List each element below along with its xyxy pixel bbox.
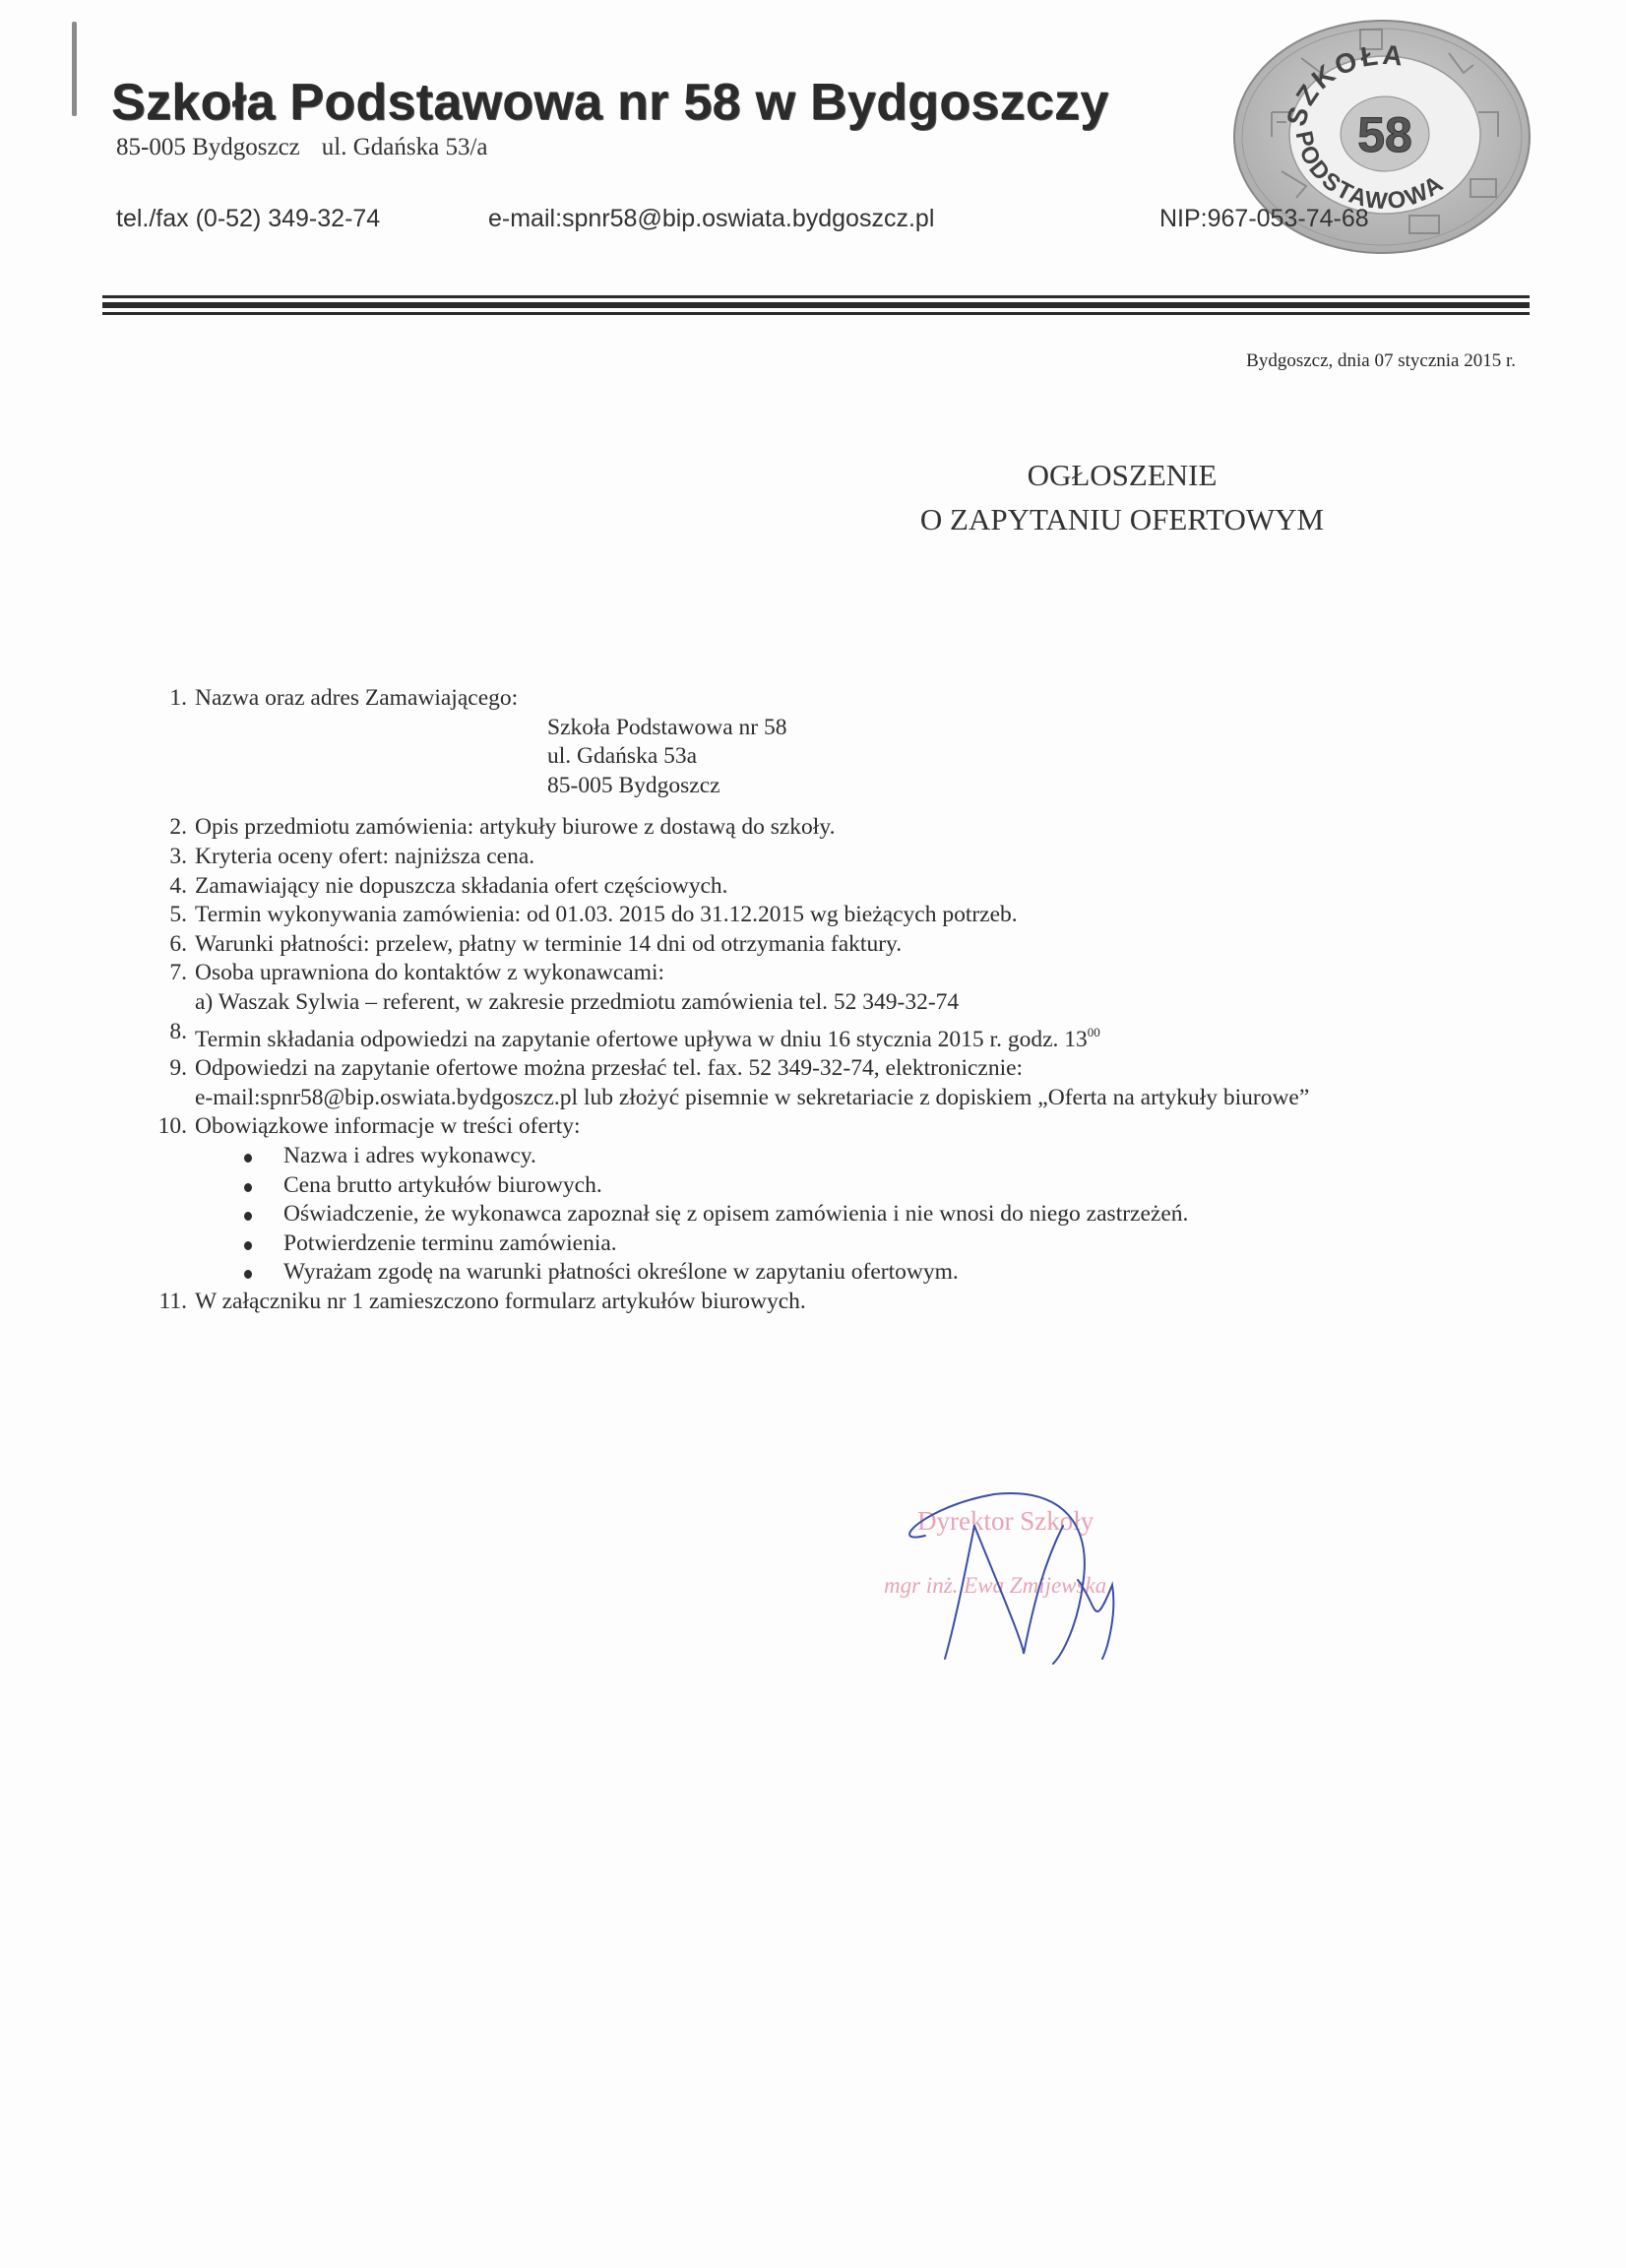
nip-number: NIP:967-053-74-68 <box>1159 205 1369 233</box>
bullet-text: Nazwa i adres wykonawcy. <box>283 1142 1575 1171</box>
list-item: 6. Warunki płatności: przelew, płatny w … <box>157 930 1575 960</box>
date-line: Bydgoszcz, dnia 07 stycznia 2015 r. <box>1246 350 1516 372</box>
header-rule-thick <box>102 302 1530 308</box>
bullet-icon <box>244 1270 252 1279</box>
tel-fax: tel./fax (0-52) 349-32-74 <box>116 205 380 233</box>
list-item: 9. Odpowiedzi na zapytanie ofertowe możn… <box>157 1054 1575 1084</box>
address-line: ul. Gdańska 53a <box>547 742 1575 772</box>
item-continuation: e-mail:spnr58@bip.oswiata.bydgoszcz.pl l… <box>195 1084 1575 1113</box>
bullet-item: Oświadczenie, że wykonawca zapoznał się … <box>244 1200 1575 1229</box>
bullet-text: Cena brutto artykułów biurowych. <box>283 1171 1575 1201</box>
item-number: 6. <box>157 930 187 960</box>
list-item: 10. Obowiązkowe informacje w treści ofer… <box>157 1112 1575 1142</box>
item-number: 5. <box>157 901 187 930</box>
item-number: 3. <box>157 843 187 872</box>
handwritten-signature-icon <box>866 1467 1181 1673</box>
header-rule-thin-top <box>102 295 1530 298</box>
list-item: 4. Zamawiający nie dopuszcza składania o… <box>157 872 1575 902</box>
address-line: 85-005 Bydgoszcz <box>547 772 1575 801</box>
orderer-address: Szkoła Podstawowa nr 58 ul. Gdańska 53a … <box>547 714 1575 801</box>
street: ul. Gdańska 53/a <box>322 134 488 160</box>
list-item: 11. W załączniku nr 1 zamieszczono formu… <box>157 1288 1575 1317</box>
list-item: 5. Termin wykonywania zamówienia: od 01.… <box>157 901 1575 930</box>
bullet-text: Potwierdzenie terminu zamówienia. <box>283 1229 1575 1259</box>
item-number: 2. <box>157 813 187 843</box>
list-item: 3. Kryteria oceny ofert: najniższa cena. <box>157 843 1575 872</box>
bullet-icon <box>244 1212 252 1221</box>
list-item: 2. Opis przedmiotu zamówienia: artykuły … <box>157 813 1575 843</box>
bullet-icon <box>244 1154 252 1163</box>
school-address: 85-005 Bydgoszczul. Gdańska 53/a <box>116 134 488 161</box>
email-address: e-mail:spnr58@bip.oswiata.bydgoszcz.pl <box>488 205 934 233</box>
contact-person: a) Waszak Sylwia – referent, w zakresie … <box>195 988 1575 1018</box>
item-text: Nazwa oraz adres Zamawiającego: <box>195 684 1575 714</box>
list-item: 8. Termin składania odpowiedzi na zapyta… <box>157 1018 1575 1055</box>
item-text: Termin składania odpowiedzi na zapytanie… <box>195 1018 1575 1055</box>
item-number: 11. <box>157 1288 187 1317</box>
item-text: Termin wykonywania zamówienia: od 01.03.… <box>195 901 1575 930</box>
bullet-item: Potwierdzenie terminu zamówienia. <box>244 1229 1575 1259</box>
school-name: Szkoła Podstawowa nr 58 w Bydgoszczy <box>111 73 1109 132</box>
item-text: Kryteria oceny ofert: najniższa cena. <box>195 843 1575 872</box>
bullet-item: Wyrażam zgodę na warunki płatności okreś… <box>244 1258 1575 1288</box>
document-heading: OGŁOSZENIE O ZAPYTANIU OFERTOWYM <box>787 453 1457 541</box>
list-item: 7. Osoba uprawniona do kontaktów z wykon… <box>157 959 1575 988</box>
bullet-text: Oświadczenie, że wykonawca zapoznał się … <box>283 1200 1575 1229</box>
item-text: Opis przedmiotu zamówienia: artykuły biu… <box>195 813 1575 843</box>
item-number: 8. <box>157 1018 187 1047</box>
margin-mark <box>72 22 77 116</box>
bullet-item: Cena brutto artykułów biurowych. <box>244 1171 1575 1201</box>
address-line: Szkoła Podstawowa nr 58 <box>547 714 1575 743</box>
postal-city: 85-005 Bydgoszcz <box>116 134 300 160</box>
item-number: 10. <box>157 1112 187 1142</box>
item-number: 4. <box>157 872 187 902</box>
announcement-list: 1. Nazwa oraz adres Zamawiającego: Szkoł… <box>157 684 1575 1316</box>
bullet-icon <box>244 1241 252 1250</box>
deadline-text: Termin składania odpowiedzi na zapytanie… <box>195 1027 1088 1052</box>
item-number: 1. <box>157 684 187 714</box>
bullet-icon <box>244 1183 252 1192</box>
item-text: Osoba uprawniona do kontaktów z wykonawc… <box>195 959 1575 988</box>
svg-text:58: 58 <box>1357 107 1412 162</box>
bullet-item: Nazwa i adres wykonawcy. <box>244 1142 1575 1171</box>
heading-line-2: O ZAPYTANIU OFERTOWYM <box>787 497 1457 541</box>
item-text: Warunki płatności: przelew, płatny w ter… <box>195 930 1575 960</box>
bullet-text: Wyrażam zgodę na warunki płatności okreś… <box>283 1258 1575 1288</box>
item-number: 7. <box>157 959 187 988</box>
item-text: Odpowiedzi na zapytanie ofertowe można p… <box>195 1054 1575 1084</box>
item-text: W załączniku nr 1 zamieszczono formularz… <box>195 1288 1575 1317</box>
item-text: Zamawiający nie dopuszcza składania ofer… <box>195 872 1575 902</box>
item-text: Obowiązkowe informacje w treści oferty: <box>195 1112 1575 1142</box>
heading-line-1: OGŁOSZENIE <box>787 453 1457 497</box>
list-item: 1. Nazwa oraz adres Zamawiającego: <box>157 684 1575 714</box>
item-number: 9. <box>157 1054 187 1084</box>
deadline-minutes: 00 <box>1088 1025 1100 1039</box>
header-rule-thin-bottom <box>102 312 1530 315</box>
